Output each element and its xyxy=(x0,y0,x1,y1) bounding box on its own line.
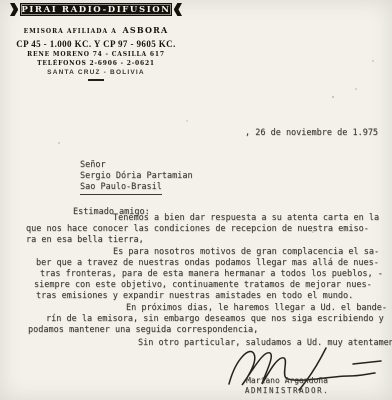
body-line: Tenemos a bien dar respuesta a su atenta… xyxy=(26,213,382,224)
recipient-block: Señor Sergio Dória Partamian Sao Paulo-B… xyxy=(80,160,193,195)
station-banner: PIRAI RADIO-DIFUSION xyxy=(10,3,182,16)
letterhead: PIRAI RADIO-DIFUSION EMISORA AFILIADA A … xyxy=(10,3,182,81)
recipient-salutation: Señor xyxy=(80,160,193,171)
date-line: , 26 de noviembre de 1.975 xyxy=(245,128,378,139)
signature-block: Mariano Argandoña ADMINISTRADOR. xyxy=(203,340,387,398)
banner-arrow-right-icon xyxy=(174,3,182,16)
letter-body: Tenemos a bien dar respuesta a su atenta… xyxy=(26,213,382,349)
affiliation-line: EMISORA AFILIADA A ASBORA xyxy=(10,18,182,37)
body-line: ber que a travez de nuestras ondas podam… xyxy=(26,258,382,269)
body-line: podamos mantener una seguida corresponde… xyxy=(26,325,382,336)
letterhead-divider xyxy=(88,79,104,81)
banner-arrow-left-icon xyxy=(10,3,18,16)
phones-line: TELÉFONOS 2-6906 - 2-0621 xyxy=(10,60,182,67)
scan-specks xyxy=(0,0,2,2)
body-line: tras emisiones y expandir nuestras amist… xyxy=(26,291,382,302)
body-line: siempre con este objetivo, continuamente… xyxy=(26,280,382,291)
signer-title: ADMINISTRADOR. xyxy=(203,385,371,396)
city-line: SANTA CRUZ - BOLIVIA xyxy=(10,69,182,76)
body-line: Es para nosotros motivos de gran complac… xyxy=(26,247,382,258)
body-line: que nos hace conocer las condiciones de … xyxy=(26,224,382,235)
scanned-letter-page: PIRAI RADIO-DIFUSION EMISORA AFILIADA A … xyxy=(0,0,392,400)
body-line: tras fronteras, para de esta manera herm… xyxy=(26,269,382,280)
affiliation-prefix: EMISORA AFILIADA A xyxy=(24,28,117,35)
body-line: En próximos dias, le haremos llegar a Ud… xyxy=(26,303,382,314)
recipient-name: Sergio Dória Partamian xyxy=(80,171,193,182)
address-line: RENE MORENO 74 - CASILLA 617 xyxy=(10,51,182,58)
frequencies-line: CP 45 - 1.000 KC. Y CP 97 - 9605 KC. xyxy=(10,39,182,49)
body-line: rín de la emisora, sin embargo deseamos … xyxy=(26,314,382,325)
recipient-location: Sao Paulo-Brasil xyxy=(80,182,162,194)
body-line: ra en esa bella tierra, xyxy=(26,235,382,246)
affiliation-org: ASBORA xyxy=(122,25,168,35)
station-name: PIRAI RADIO-DIFUSION xyxy=(20,3,171,16)
